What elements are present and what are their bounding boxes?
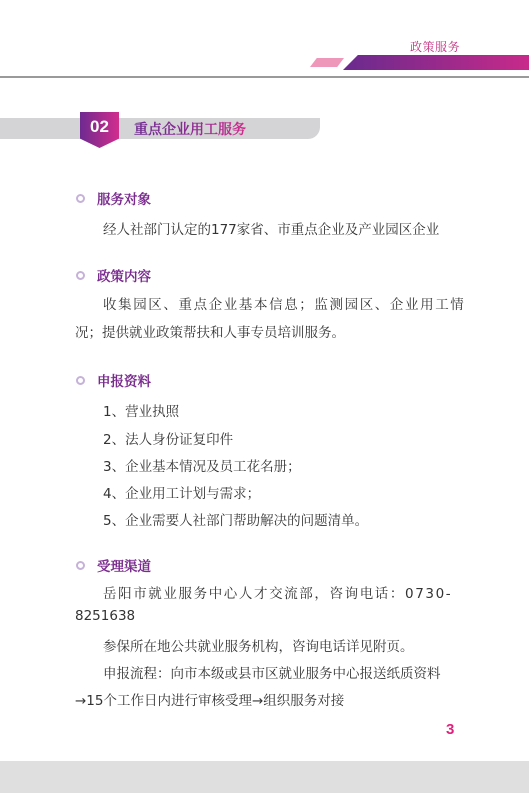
page-title: 重点企业用工服务	[134, 119, 246, 139]
header-rule	[0, 76, 529, 78]
header-pink-slant	[310, 58, 344, 67]
footer-bar	[0, 761, 529, 793]
phone-number: 8251638	[75, 608, 135, 624]
list-item: 5、企业需要人社部门帮助解决的问题清单。	[103, 509, 368, 529]
header-title: 政策服务	[410, 38, 460, 55]
body-line: 参保所在地公共就业服务机构，咨询电话详见附页。	[103, 635, 414, 655]
header-gradient-bar	[343, 55, 529, 70]
body-line: 申报流程：向市本级或县市区就业服务中心报送纸质资料	[103, 662, 441, 682]
body-line: 经人社部门认定的177家省、市重点企业及产业园区企业	[103, 218, 439, 238]
section-title: 受理渠道	[97, 555, 151, 575]
list-item: 1、营业执照	[103, 400, 179, 420]
section-heading: 申报资料	[76, 370, 151, 390]
body-line: 况；提供就业政策帮扶和人事专员培训服务。	[75, 321, 345, 341]
section-title: 政策内容	[97, 265, 151, 285]
section-number-badge: 02	[80, 112, 119, 148]
section-title: 服务对象	[97, 188, 151, 208]
body-line: 岳阳市就业服务中心人才交流部，咨询电话：0730-	[103, 582, 452, 602]
body-line: 收集园区、重点企业基本信息；监测园区、企业用工情	[103, 293, 465, 313]
list-item: 2、法人身份证复印件	[103, 428, 233, 448]
ring-bullet-icon	[76, 194, 85, 203]
ring-bullet-icon	[76, 271, 85, 280]
ring-bullet-icon	[76, 561, 85, 570]
section-title: 申报资料	[97, 370, 151, 390]
list-item: 3、企业基本情况及员工花名册；	[103, 455, 301, 475]
section-heading: 服务对象	[76, 188, 151, 208]
ring-bullet-icon	[76, 376, 85, 385]
section-heading: 政策内容	[76, 265, 151, 285]
section-heading: 受理渠道	[76, 555, 151, 575]
body-line: →15个工作日内进行审核受理→组织服务对接	[75, 689, 344, 709]
page-number: 3	[446, 721, 454, 738]
list-item: 4、企业用工计划与需求；	[103, 482, 260, 502]
